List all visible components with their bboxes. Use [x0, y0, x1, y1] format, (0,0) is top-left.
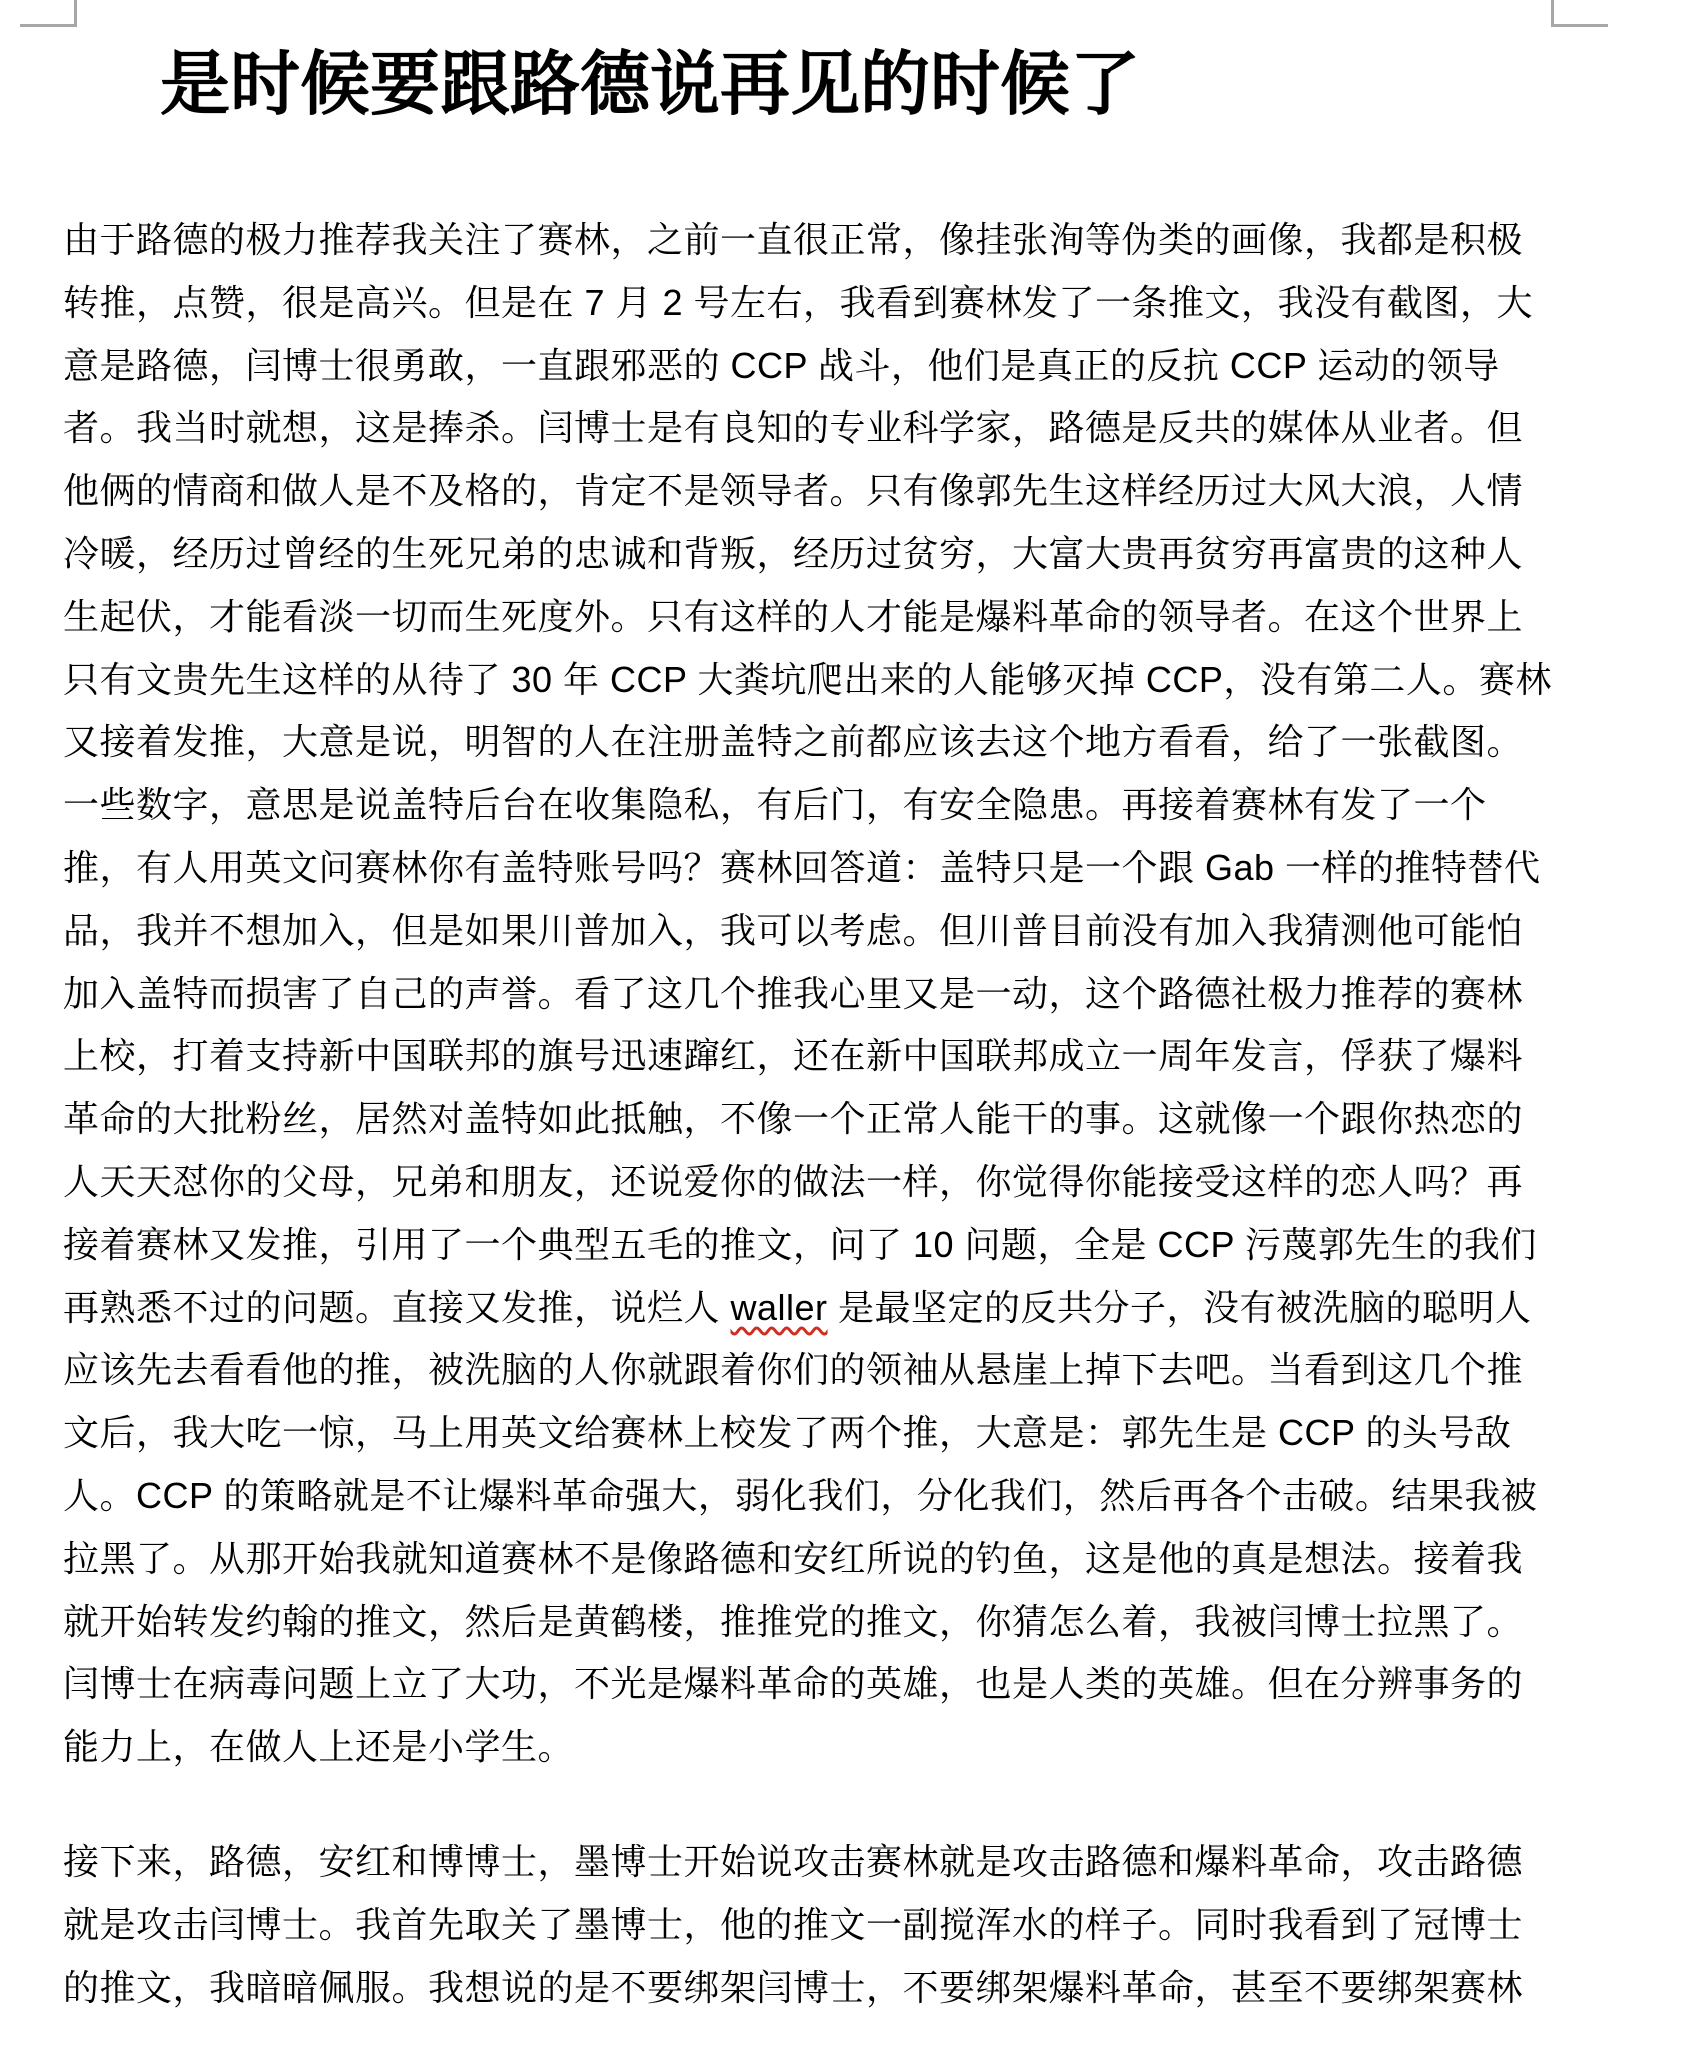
- text-line[interactable]: 者。我当时就想，这是捧杀。闫博士是有良知的专业科学家，路德是反共的媒体从业者。但: [63, 397, 1541, 460]
- text-line[interactable]: 再熟悉不过的问题。直接又发推，说烂人 waller 是最坚定的反共分子，没有被洗…: [63, 1277, 1541, 1340]
- paragraph: 由于路德的极力推荐我关注了赛林，之前一直很正常，像挂张洵等伪类的画像，我都是积极…: [63, 209, 1541, 1779]
- text-line[interactable]: 人天天怼你的父母，兄弟和朋友，还说爱你的做法一样，你觉得你能接受这样的恋人吗？再: [63, 1151, 1541, 1214]
- text-line[interactable]: 文后，我大吃一惊，马上用英文给赛林上校发了两个推，大意是：郭先生是 CCP 的头…: [63, 1402, 1541, 1465]
- text-line[interactable]: 推，有人用英文问赛林你有盖特账号吗？赛林回答道：盖特只是一个跟 Gab 一样的推…: [63, 837, 1541, 900]
- margin-mark-top-right-icon: [1551, 0, 1608, 27]
- paragraph: 接下来，路德，安红和博博士，墨博士开始说攻击赛林就是攻击路德和爆料革命，攻击路德…: [63, 1831, 1541, 2019]
- text-line[interactable]: 转推，点赞，很是高兴。但是在 7 月 2 号左右，我看到赛林发了一条推文，我没有…: [63, 272, 1541, 335]
- spellcheck-underlined-word[interactable]: waller: [731, 1287, 828, 1328]
- text-line[interactable]: 接着赛林又发推，引用了一个典型五毛的推文，问了 10 问题，全是 CCP 污蔑郭…: [63, 1214, 1541, 1277]
- text-line[interactable]: 又接着发推，大意是说，明智的人在注册盖特之前都应该去这个地方看看，给了一张截图。: [63, 711, 1541, 774]
- document-body[interactable]: 由于路德的极力推荐我关注了赛林，之前一直很正常，像挂张洵等伪类的画像，我都是积极…: [63, 209, 1541, 2019]
- text-line[interactable]: 加入盖特而损害了自己的声誉。看了这几个推我心里又是一动，这个路德社极力推荐的赛林: [63, 963, 1541, 1026]
- text-line[interactable]: 就开始转发约翰的推文，然后是黄鹤楼，推推党的推文，你猜怎么着，我被闫博士拉黑了。: [63, 1591, 1541, 1654]
- text-line[interactable]: 应该先去看看他的推，被洗脑的人你就跟着你们的领袖从悬崖上掉下去吧。当看到这几个推: [63, 1339, 1541, 1402]
- text-line[interactable]: 拉黑了。从那开始我就知道赛林不是像路德和安红所说的钓鱼，这是他的真是想法。接着我: [63, 1528, 1541, 1591]
- document-page: 是时候要跟路德说再见的时候了 由于路德的极力推荐我关注了赛林，之前一直很正常，像…: [0, 0, 1685, 2047]
- text-line[interactable]: 能力上，在做人上还是小学生。: [63, 1716, 1541, 1779]
- text-line[interactable]: 品，我并不想加入，但是如果川普加入，我可以考虑。但川普目前没有加入我猜测他可能怕: [63, 900, 1541, 963]
- text-line[interactable]: 他俩的情商和做人是不及格的，肯定不是领导者。只有像郭先生这样经历过大风大浪，人情: [63, 460, 1541, 523]
- text-line[interactable]: 的推文，我暗暗佩服。我想说的是不要绑架闫博士，不要绑架爆料革命，甚至不要绑架赛林: [63, 1957, 1541, 2020]
- text-line[interactable]: 冷暖，经历过曾经的生死兄弟的忠诚和背叛，经历过贫穷，大富大贵再贫穷再富贵的这种人: [63, 523, 1541, 586]
- page-title[interactable]: 是时候要跟路德说再见的时候了: [160, 40, 1140, 128]
- text-line[interactable]: 只有文贵先生这样的从待了 30 年 CCP 大粪坑爬出来的人能够灭掉 CCP，没…: [63, 649, 1541, 712]
- text-line[interactable]: 人。CCP 的策略就是不让爆料革命强大，弱化我们，分化我们，然后再各个击破。结果…: [63, 1465, 1541, 1528]
- text-line[interactable]: 上校，打着支持新中国联邦的旗号迅速蹿红，还在新中国联邦成立一周年发言，俘获了爆料: [63, 1025, 1541, 1088]
- text-line[interactable]: 就是攻击闫博士。我首先取关了墨博士，他的推文一副搅浑水的样子。同时我看到了冠博士: [63, 1894, 1541, 1957]
- margin-mark-top-left-icon: [20, 0, 77, 27]
- text-line[interactable]: 由于路德的极力推荐我关注了赛林，之前一直很正常，像挂张洵等伪类的画像，我都是积极: [63, 209, 1541, 272]
- text-line[interactable]: 一些数字，意思是说盖特后台在收集隐私，有后门，有安全隐患。再接着赛林有发了一个: [63, 774, 1541, 837]
- text-line[interactable]: 革命的大批粉丝，居然对盖特如此抵触，不像一个正常人能干的事。这就像一个跟你热恋的: [63, 1088, 1541, 1151]
- text-line[interactable]: 接下来，路德，安红和博博士，墨博士开始说攻击赛林就是攻击路德和爆料革命，攻击路德: [63, 1831, 1541, 1894]
- text-line[interactable]: 生起伏，才能看淡一切而生死度外。只有这样的人才能是爆料革命的领导者。在这个世界上: [63, 586, 1541, 649]
- text-line[interactable]: 意是路德，闫博士很勇敢，一直跟邪恶的 CCP 战斗，他们是真正的反抗 CCP 运…: [63, 335, 1541, 398]
- text-line[interactable]: 闫博士在病毒问题上立了大功，不光是爆料革命的英雄，也是人类的英雄。但在分辨事务的: [63, 1653, 1541, 1716]
